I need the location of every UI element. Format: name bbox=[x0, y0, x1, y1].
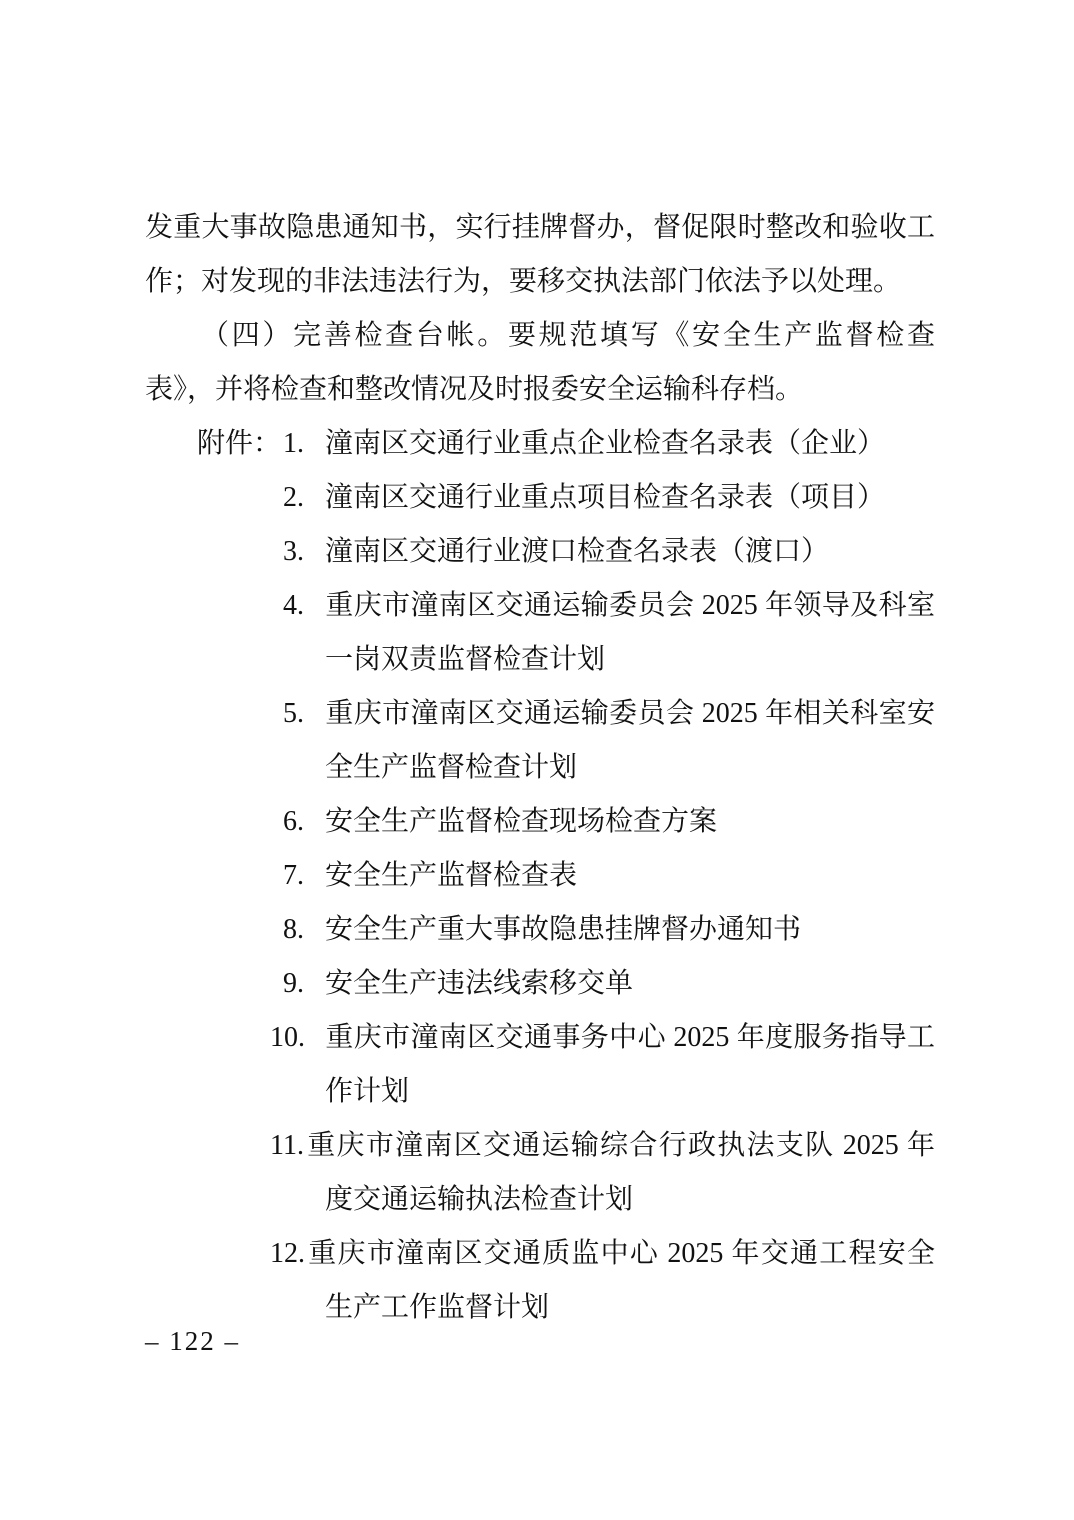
attachment-title: 重庆市潼南区交通运输委员会 2025 年领导及科室一岗双责监督检查计划 bbox=[325, 590, 935, 675]
attachment-item: 6.安全生产监督检查现场检查方案 bbox=[145, 795, 935, 849]
document-page: 发重大事故隐患通知书，实行挂牌督办，督促限时整改和验收工作；对发现的非法违法行为… bbox=[0, 0, 1074, 1520]
attachment-item: 4.重庆市潼南区交通运输委员会 2025 年领导及科室一岗双责监督检查计划 bbox=[145, 579, 935, 687]
attachment-title: 安全生产监督检查现场检查方案 bbox=[325, 806, 717, 837]
attachment-number: 3. bbox=[283, 525, 325, 579]
attachment-number: 11. bbox=[270, 1119, 304, 1173]
attachment-title: 重庆市潼南区交通运输综合行政执法支队 2025 年度交通运输执法检查计划 bbox=[306, 1130, 935, 1215]
attachment-title: 重庆市潼南区交通事务中心 2025 年度服务指导工作计划 bbox=[325, 1022, 935, 1107]
section-4-heading: （四）完善检查台帐。 bbox=[201, 320, 508, 351]
attachment-title: 安全生产重大事故隐患挂牌督办通知书 bbox=[325, 914, 801, 945]
attachments-label: 附件： bbox=[197, 417, 281, 471]
attachment-title: 安全生产监督检查表 bbox=[325, 860, 577, 891]
attachment-title: 重庆市潼南区交通运输委员会 2025 年相关科室安全生产监督检查计划 bbox=[325, 698, 935, 783]
attachment-item: 7.安全生产监督检查表 bbox=[145, 849, 935, 903]
attachment-number: 2. bbox=[283, 471, 325, 525]
attachment-title: 潼南区交通行业重点项目检查名录表（项目） bbox=[325, 482, 885, 513]
attachment-item: 9.安全生产违法线索移交单 bbox=[145, 957, 935, 1011]
attachment-title: 重庆市潼南区交通质监中心 2025 年交通工程安全生产工作监督计划 bbox=[307, 1238, 935, 1323]
attachment-item: 2.潼南区交通行业重点项目检查名录表（项目） bbox=[145, 471, 935, 525]
attachment-title: 安全生产违法线索移交单 bbox=[325, 968, 633, 999]
attachment-item: 8.安全生产重大事故隐患挂牌督办通知书 bbox=[145, 903, 935, 957]
page-number: – 122 – bbox=[145, 1326, 240, 1357]
document-body: 发重大事故隐患通知书，实行挂牌督办，督促限时整改和验收工作；对发现的非法违法行为… bbox=[145, 201, 935, 1335]
attachment-number: 8. bbox=[283, 903, 325, 957]
attachment-number: 6. bbox=[283, 795, 325, 849]
attachment-title: 潼南区交通行业渡口检查名录表（渡口） bbox=[325, 536, 829, 567]
attachment-number: 10. bbox=[270, 1011, 325, 1065]
attachment-number: 4. bbox=[283, 579, 325, 633]
attachment-item: 11.重庆市潼南区交通运输综合行政执法支队 2025 年度交通运输执法检查计划 bbox=[145, 1119, 935, 1227]
attachments-block: 附件： 1.潼南区交通行业重点企业检查名录表（企业） 2.潼南区交通行业重点项目… bbox=[145, 417, 935, 1335]
attachment-number: 1. bbox=[283, 417, 325, 471]
attachment-number: 5. bbox=[283, 687, 325, 741]
attachment-number: 7. bbox=[283, 849, 325, 903]
attachment-title: 潼南区交通行业重点企业检查名录表（企业） bbox=[325, 428, 885, 459]
paragraph-continuation: 发重大事故隐患通知书，实行挂牌督办，督促限时整改和验收工作；对发现的非法违法行为… bbox=[145, 201, 935, 309]
attachment-number: 12. bbox=[270, 1227, 305, 1281]
attachment-number: 9. bbox=[283, 957, 325, 1011]
attachment-item: 5.重庆市潼南区交通运输委员会 2025 年相关科室安全生产监督检查计划 bbox=[145, 687, 935, 795]
attachment-item: 12.重庆市潼南区交通质监中心 2025 年交通工程安全生产工作监督计划 bbox=[145, 1227, 935, 1335]
attachment-item: 10.重庆市潼南区交通事务中心 2025 年度服务指导工作计划 bbox=[145, 1011, 935, 1119]
attachment-item: 3.潼南区交通行业渡口检查名录表（渡口） bbox=[145, 525, 935, 579]
paragraph-section-4: （四）完善检查台帐。要规范填写《安全生产监督检查表》，并将检查和整改情况及时报委… bbox=[145, 309, 935, 417]
